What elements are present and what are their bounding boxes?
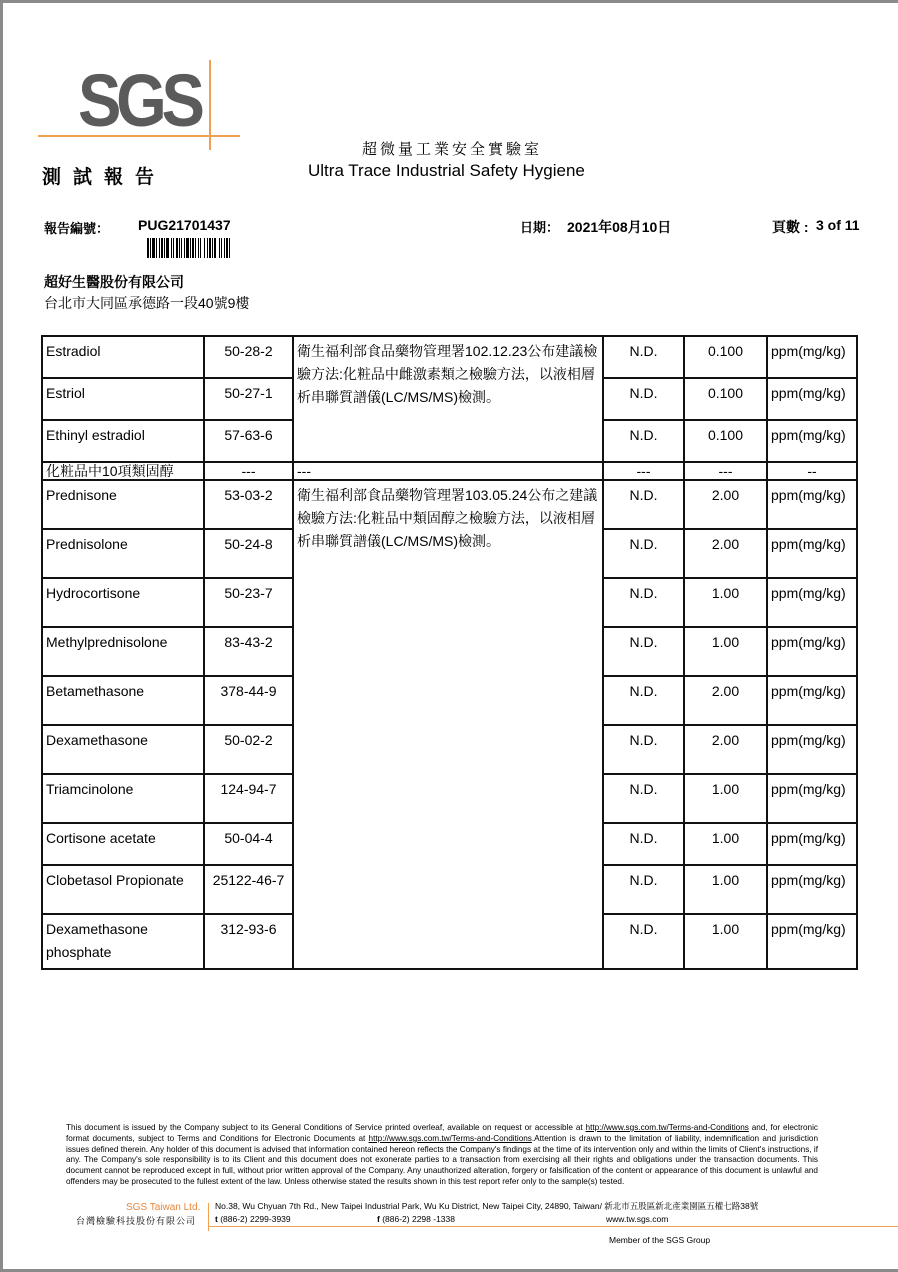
report-date: 2021年08月10日 — [567, 217, 671, 237]
logo-orange-vertical-line — [209, 60, 211, 150]
date-label: 日期： — [520, 217, 559, 236]
unit: ppm(mg/kg) — [767, 865, 857, 914]
analyte-name: Estradiol — [42, 336, 204, 378]
detection-limit: 2.00 — [684, 480, 767, 529]
unit: ppm(mg/kg) — [767, 823, 857, 865]
cas-number: --- — [204, 462, 293, 480]
detection-limit: 2.00 — [684, 676, 767, 725]
unit: ppm(mg/kg) — [767, 420, 857, 462]
client-name: 超好生醫股份有限公司 — [44, 272, 184, 292]
logo-text: SGS — [78, 64, 200, 138]
unit: ppm(mg/kg) — [767, 774, 857, 823]
test-method: 衛生福利部食品藥物管理署102.12.23公布建議檢驗方法:化粧品中雌激素類之檢… — [293, 336, 603, 462]
client-address: 台北市大同區承德路一段40號9樓 — [44, 293, 249, 313]
result-value: N.D. — [603, 627, 684, 676]
unit: ppm(mg/kg) — [767, 529, 857, 578]
result-value: N.D. — [603, 676, 684, 725]
cas-number: 50-28-2 — [204, 336, 293, 378]
detection-limit: 0.100 — [684, 378, 767, 420]
table-row: Prednisone 53-03-2 衛生福利部食品藥物管理署103.05.24… — [42, 480, 857, 529]
terms-link[interactable]: http://www.sgs.com.tw/Terms-and-Conditio… — [369, 1134, 532, 1143]
unit: ppm(mg/kg) — [767, 676, 857, 725]
analyte-name: Ethinyl estradiol — [42, 420, 204, 462]
unit: ppm(mg/kg) — [767, 336, 857, 378]
test-method: 衛生福利部食品藥物管理署103.05.24公布之建議檢驗方法:化粧品中類固醇之檢… — [293, 480, 603, 969]
cas-number: 50-24-8 — [204, 529, 293, 578]
page-label: 頁數 : — [772, 217, 809, 237]
report-no: PUG21701437 — [138, 217, 231, 233]
analyte-name: Prednisone — [42, 480, 204, 529]
cas-number: 124-94-7 — [204, 774, 293, 823]
footer-orange-horizontal-line — [208, 1226, 898, 1227]
detection-limit: 1.00 — [684, 865, 767, 914]
company-fax: f (886-2) 2298 -1338 — [377, 1214, 455, 1224]
detection-limit: 2.00 — [684, 725, 767, 774]
table-group-header-row: 化粧品中10項類固醇 --- --- --- --- -- — [42, 462, 857, 480]
lab-name-cn: 超微量工業安全實驗室 — [362, 138, 542, 159]
company-address: No.38, Wu Chyuan 7th Rd., New Taipei Ind… — [215, 1200, 758, 1212]
analyte-name: Cortisone acetate — [42, 823, 204, 865]
cas-number: 50-02-2 — [204, 725, 293, 774]
cas-number: 50-04-4 — [204, 823, 293, 865]
result-value: N.D. — [603, 420, 684, 462]
cas-number: 50-23-7 — [204, 578, 293, 627]
lab-name-en: Ultra Trace Industrial Safety Hygiene — [308, 161, 585, 181]
legal-disclaimer: This document is issued by the Company s… — [66, 1123, 818, 1188]
company-phone: t (886-2) 2299-3939 — [215, 1214, 291, 1224]
unit: -- — [767, 462, 857, 480]
result-value: N.D. — [603, 529, 684, 578]
detection-limit: --- — [684, 462, 767, 480]
result-value: N.D. — [603, 823, 684, 865]
unit: ppm(mg/kg) — [767, 627, 857, 676]
detection-limit: 2.00 — [684, 529, 767, 578]
analyte-name: Prednisolone — [42, 529, 204, 578]
cas-number: 25122-46-7 — [204, 865, 293, 914]
unit: ppm(mg/kg) — [767, 578, 857, 627]
result-value: N.D. — [603, 378, 684, 420]
sgs-logo: SGS — [38, 60, 244, 152]
result-value: N.D. — [603, 865, 684, 914]
unit: ppm(mg/kg) — [767, 725, 857, 774]
analyte-name: Estriol — [42, 378, 204, 420]
result-value: N.D. — [603, 336, 684, 378]
analyte-name: Hydrocortisone — [42, 578, 204, 627]
detection-limit: 0.100 — [684, 420, 767, 462]
member-note: Member of the SGS Group — [609, 1235, 710, 1245]
cas-number: 53-03-2 — [204, 480, 293, 529]
result-value: N.D. — [603, 774, 684, 823]
company-name-cn: 台灣檢驗科技股份有限公司 — [76, 1214, 196, 1227]
unit: ppm(mg/kg) — [767, 480, 857, 529]
result-value: --- — [603, 462, 684, 480]
analyte-name: Triamcinolone — [42, 774, 204, 823]
cas-number: 50-27-1 — [204, 378, 293, 420]
group-name: 化粧品中10項類固醇 — [42, 462, 204, 480]
result-value: N.D. — [603, 480, 684, 529]
cas-number: 83-43-2 — [204, 627, 293, 676]
phone-label: t — [215, 1214, 218, 1224]
detection-limit: 1.00 — [684, 627, 767, 676]
terms-link[interactable]: http://www.sgs.com.tw/Terms-and-Conditio… — [586, 1123, 749, 1132]
detection-limit: 1.00 — [684, 823, 767, 865]
report-title: 測試報告 — [42, 162, 166, 189]
analyte-name: Dexamethasone phosphate — [42, 914, 204, 969]
barcode — [147, 238, 285, 258]
unit: ppm(mg/kg) — [767, 378, 857, 420]
test-method: --- — [293, 462, 603, 480]
report-no-label: 報告編號： — [44, 218, 109, 237]
result-value: N.D. — [603, 725, 684, 774]
detection-limit: 0.100 — [684, 336, 767, 378]
table-row: Estradiol 50-28-2 衛生福利部食品藥物管理署102.12.23公… — [42, 336, 857, 378]
page-border-left — [0, 0, 3, 1272]
analyte-name: Clobetasol Propionate — [42, 865, 204, 914]
analyte-name: Methylprednisolone — [42, 627, 204, 676]
phone-number: (886-2) 2299-3939 — [220, 1214, 290, 1224]
detection-limit: 1.00 — [684, 774, 767, 823]
analyte-name: Dexamethasone — [42, 725, 204, 774]
company-website[interactable]: www.tw.sgs.com — [606, 1214, 668, 1224]
cas-number: 378-44-9 — [204, 676, 293, 725]
page-border-top — [0, 0, 898, 3]
result-value: N.D. — [603, 578, 684, 627]
company-name-en: SGS Taiwan Ltd. — [126, 1202, 200, 1213]
fax-label: f — [377, 1214, 380, 1224]
analyte-name: Betamethasone — [42, 676, 204, 725]
disclaimer-text: This document is issued by the Company s… — [66, 1123, 586, 1132]
unit: ppm(mg/kg) — [767, 914, 857, 969]
detection-limit: 1.00 — [684, 914, 767, 969]
detection-limit: 1.00 — [684, 578, 767, 627]
cas-number: 312-93-6 — [204, 914, 293, 969]
results-table: Estradiol 50-28-2 衛生福利部食品藥物管理署102.12.23公… — [41, 335, 858, 970]
fax-number: (886-2) 2298 -1338 — [382, 1214, 455, 1224]
cas-number: 57-63-6 — [204, 420, 293, 462]
result-value: N.D. — [603, 914, 684, 969]
page-number: 3 of 11 — [816, 217, 860, 233]
